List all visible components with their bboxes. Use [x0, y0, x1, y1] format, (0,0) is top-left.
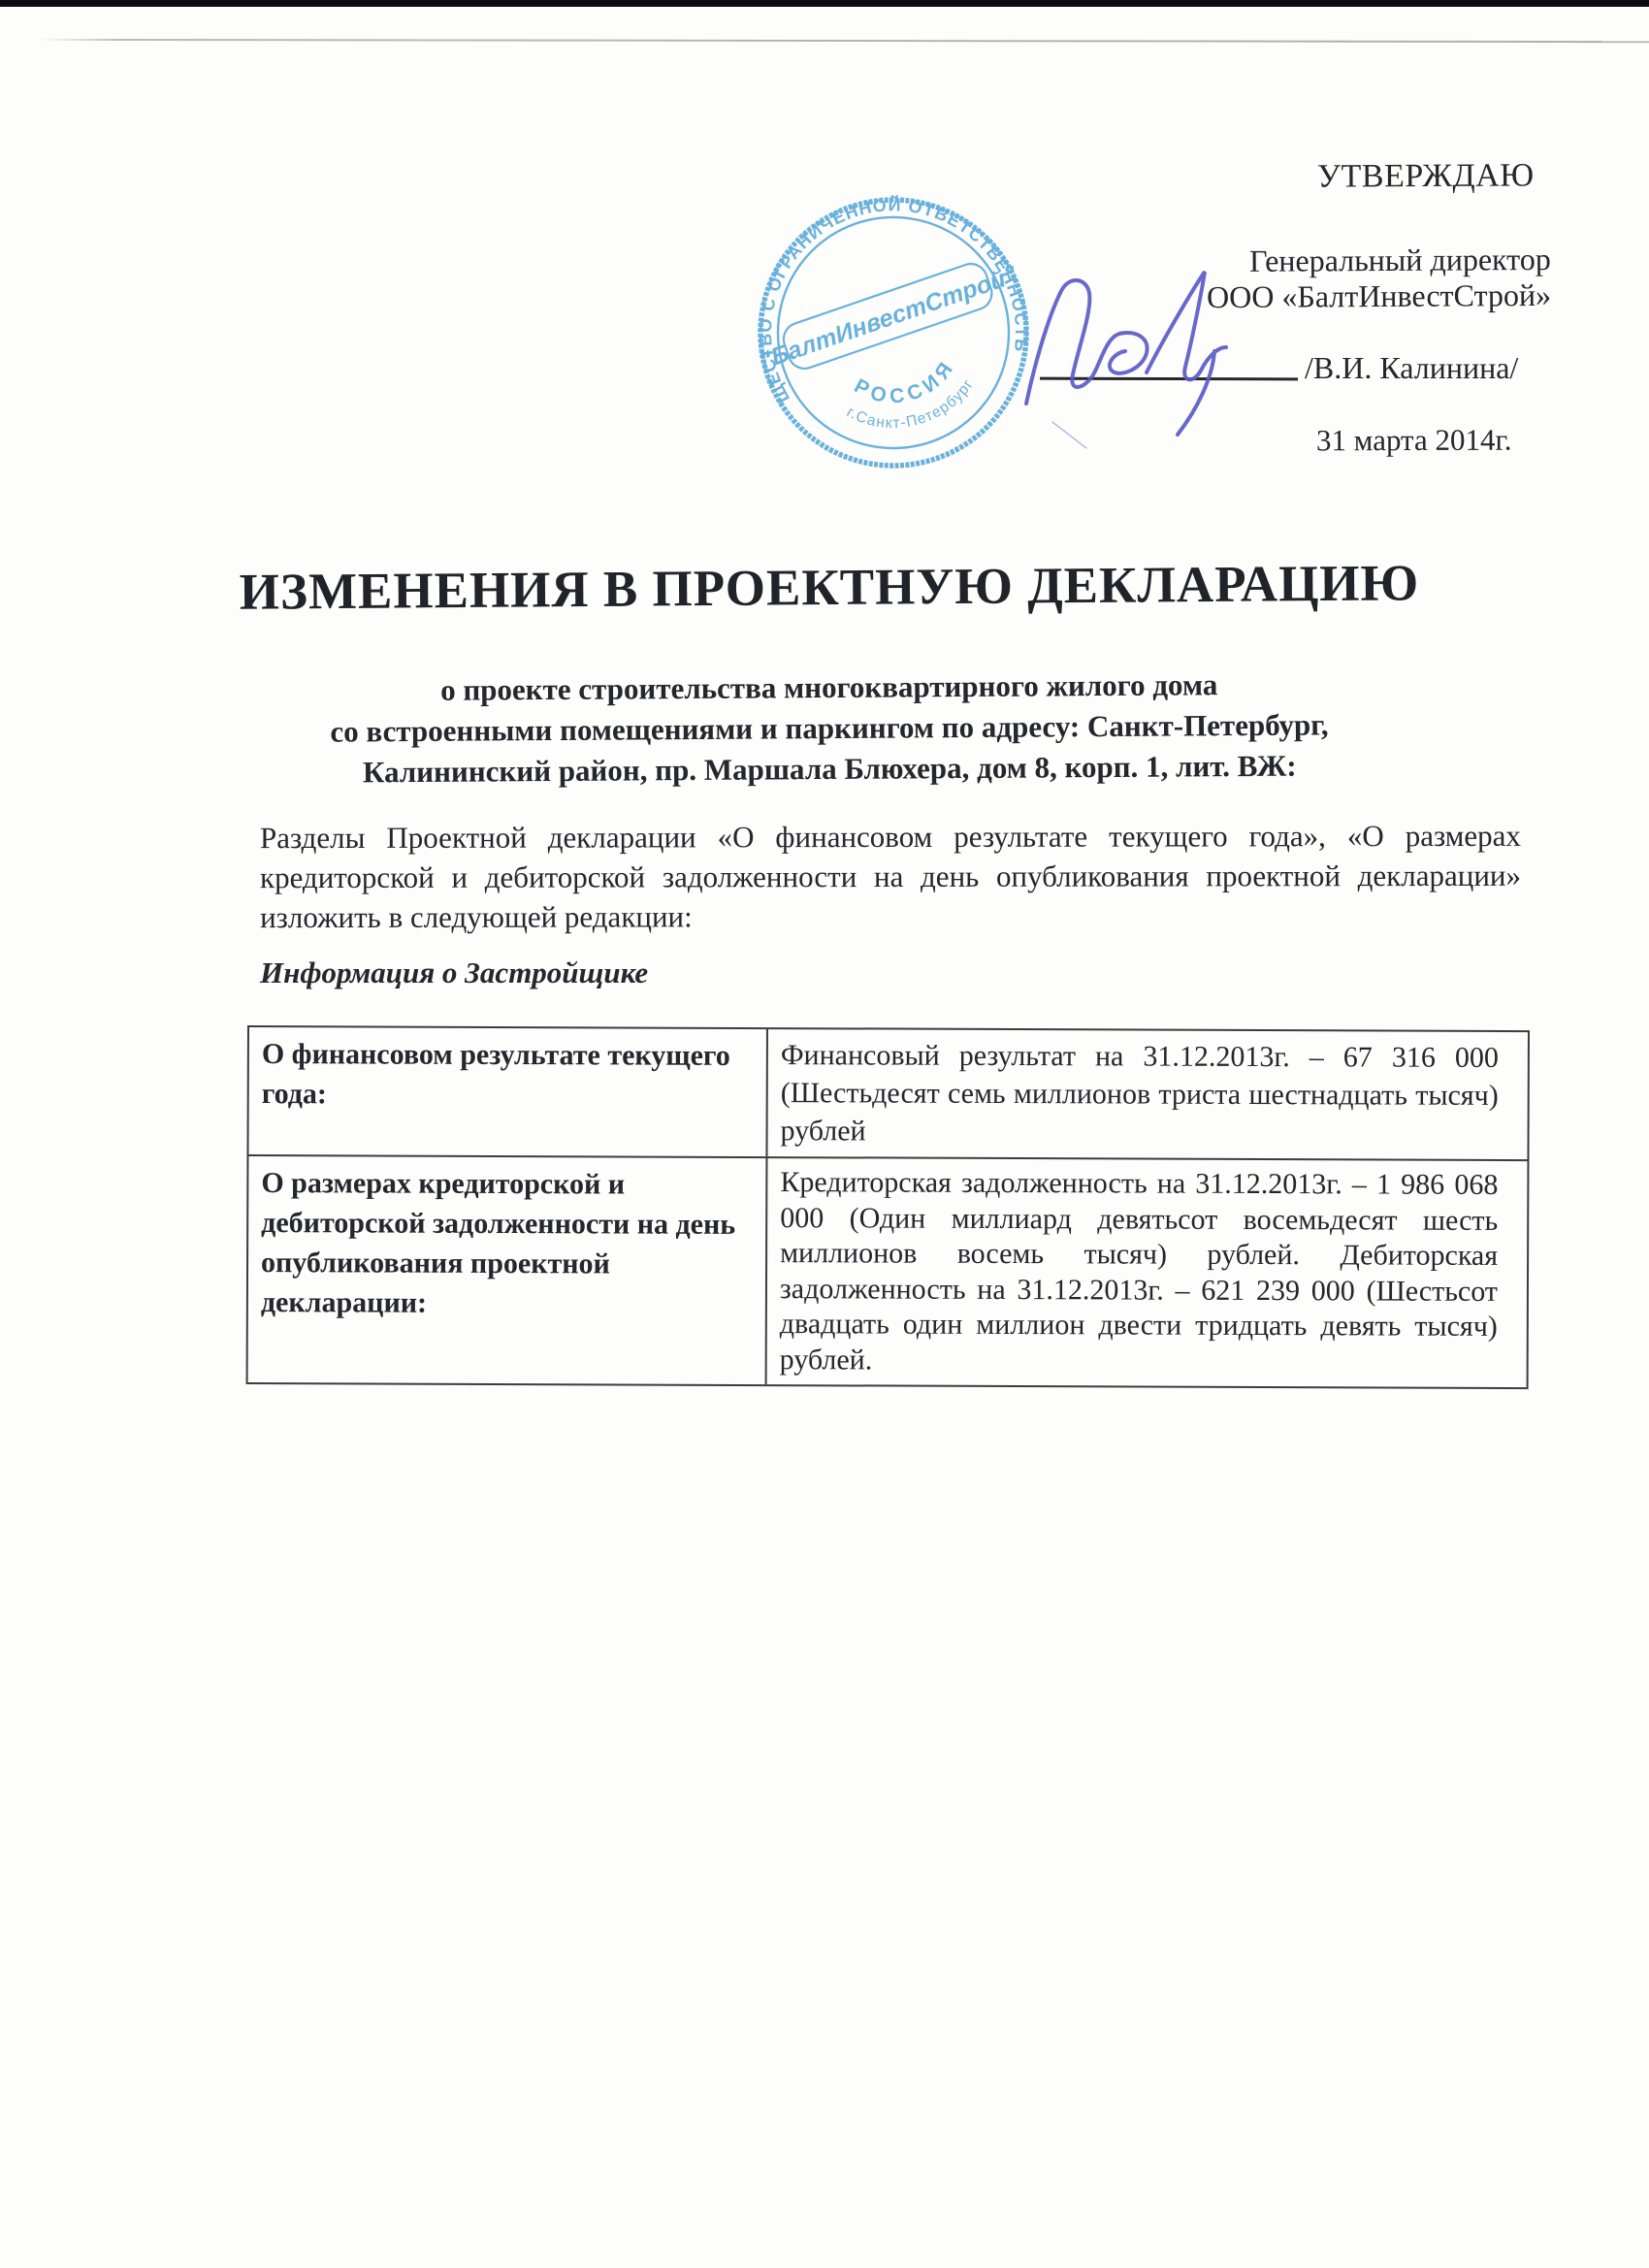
scan-edge-artifact — [0, 0, 1649, 7]
signature-stroke-hairline — [1052, 422, 1086, 448]
developer-info-table: О финансовом результате текущего года: Ф… — [246, 1025, 1530, 1389]
signature-ink — [999, 243, 1251, 466]
director-title-block: Генеральный директор ООО «БалтИнвестСтро… — [1207, 242, 1551, 315]
seal-company-name: “БалтИнвестСтрой” — [756, 261, 1020, 374]
document-subtitle: о проекте строительства многоквартирного… — [184, 663, 1475, 794]
approve-label: УТВЕРЖДАЮ — [1317, 157, 1535, 195]
intro-paragraph: Разделы Проектной декларации «О финансов… — [260, 816, 1521, 937]
scan-line-artifact — [39, 39, 1649, 43]
seal-outer-ring — [746, 185, 1041, 480]
signature-stroke-tail — [1178, 351, 1214, 435]
table-row-value: Кредиторская задолженность на 31.12.2013… — [767, 1158, 1528, 1387]
scanned-document-page: УТВЕРЖДАЮ Генеральный директор ООО «Балт… — [0, 0, 1649, 2268]
document-title: ИЗМЕНЕНИЯ В ПРОЕКТНУЮ ДЕКЛАРАЦИЮ — [184, 554, 1474, 622]
section-heading: Информация о Застройщике — [260, 956, 648, 990]
signature-stroke-loop — [1026, 280, 1148, 404]
table-row-label: О финансовом результате текущего года: — [248, 1027, 767, 1156]
approval-date: 31 марта 2014г. — [1316, 423, 1512, 459]
company-seal-stamp: ОБЩЕСТВО С ОГРАНИЧЕННОЙ ОТВЕТСТВЕННОСТЬЮ… — [746, 185, 1041, 480]
table-row: О размерах кредиторской и дебиторской за… — [248, 1154, 1528, 1387]
table-row: О финансовом результате текущего года: Ф… — [248, 1027, 1527, 1159]
signature-name: /В.И. Калинина/ — [1305, 350, 1518, 386]
table-row-label: О размерах кредиторской и дебиторской за… — [248, 1156, 768, 1384]
table-row-value: Финансовый результат на 31.12.2013г. – 6… — [767, 1029, 1527, 1159]
